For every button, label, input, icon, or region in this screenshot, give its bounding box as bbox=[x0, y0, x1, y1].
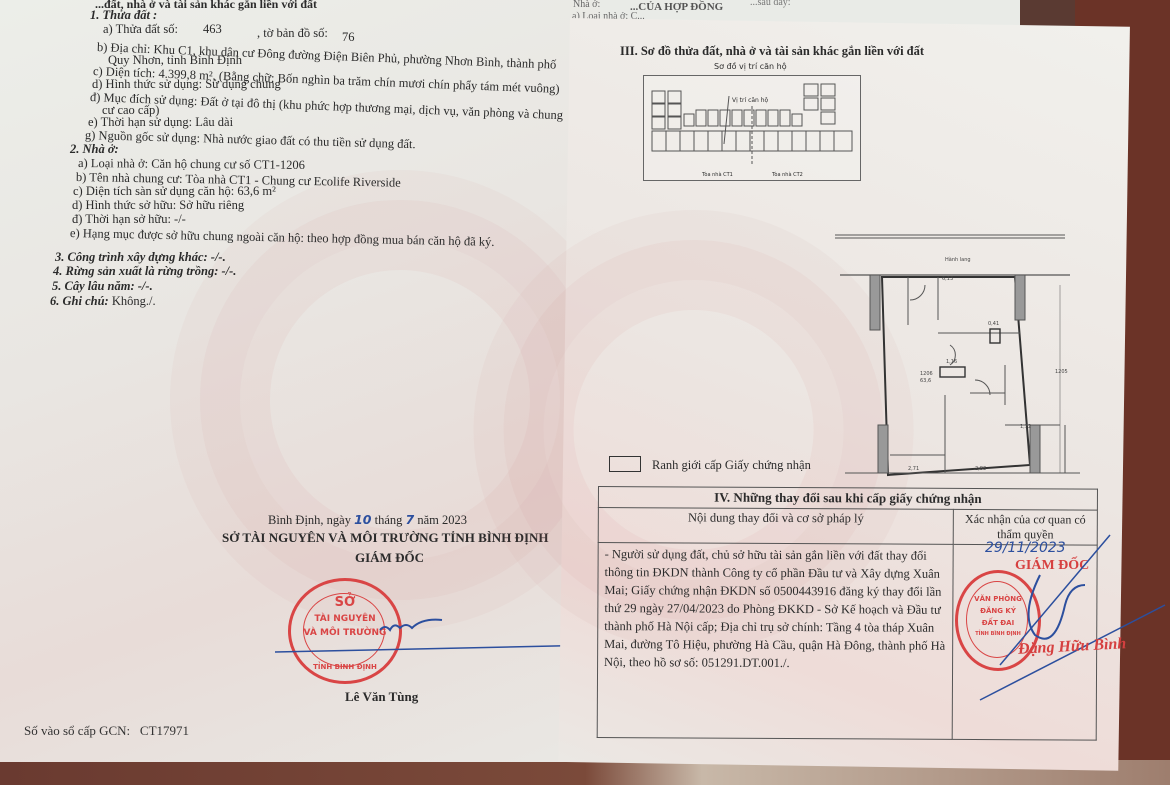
section4-title: IV. Những thay đổi sau khi cấp giấy chứn… bbox=[598, 487, 1097, 511]
signer-name: Lê Văn Tùng bbox=[345, 690, 418, 704]
usage-term: e) Thời hạn sử dụng: Lâu dài bbox=[88, 115, 233, 129]
section3-title: III. Sơ đồ thửa đất, nhà ở và tài sản kh… bbox=[620, 44, 924, 58]
map-sheet-label: , tờ bản đồ số: bbox=[257, 26, 328, 40]
note-value: Không./. bbox=[112, 294, 156, 308]
site-plan-label-ct2: Tòa nhà CT2 bbox=[772, 168, 803, 182]
section6-note: 6. Ghi chú: Không./. bbox=[50, 294, 156, 308]
col-header-content: Nội dung thay đổi và cơ sở pháp lý bbox=[598, 508, 953, 545]
place-date: Bình Định, ngày 10 tháng 7 năm 2023 bbox=[268, 513, 467, 527]
corridor-label: Hành lang bbox=[945, 256, 971, 263]
site-plan-marker: Vị trí căn hộ bbox=[732, 94, 768, 108]
unit-area-label: 63,6 bbox=[920, 378, 931, 384]
svg-text:2,71: 2,71 bbox=[908, 466, 919, 472]
section3-other-works: 3. Công trình xây dựng khác: -/-. bbox=[55, 250, 226, 264]
svg-text:1,16: 1,16 bbox=[946, 359, 957, 365]
section1-title: 1. Thửa đất : bbox=[90, 8, 157, 22]
boundary-legend-label: Ranh giới cấp Giấy chứng nhận bbox=[652, 458, 811, 472]
signature-le-van-tung bbox=[270, 600, 600, 660]
behind-sheet-note: ...sau đây: bbox=[750, 0, 791, 10]
site-plan-label-ct1: Tòa nhà CT1 bbox=[702, 168, 733, 182]
ownership-form: d) Hình thức sở hữu: Sở hữu riêng bbox=[72, 198, 244, 212]
svg-text:2,83: 2,83 bbox=[975, 466, 986, 472]
parcel-number-label: a) Thửa đất số: bbox=[103, 22, 178, 36]
note-label: 6. Ghi chú: bbox=[50, 294, 109, 308]
change-entry: - Người sử dụng đất, chủ sở hữu tài sản … bbox=[597, 543, 953, 740]
house-type: a) Loại nhà ở: Căn hộ chung cư số CT1-12… bbox=[78, 156, 305, 172]
section4-forest: 4. Rừng sản xuất là rừng trồng: -/-. bbox=[53, 264, 236, 278]
handwritten-month: 7 bbox=[406, 512, 415, 527]
ownership-term: đ) Thời hạn sở hữu: -/- bbox=[72, 212, 186, 226]
site-plan-drawing bbox=[644, 76, 860, 180]
section2-title: 2. Nhà ở: bbox=[70, 142, 119, 156]
site-plan-title: Sơ đồ vị trí căn hộ bbox=[714, 60, 787, 74]
svg-text:6,13: 6,13 bbox=[942, 276, 953, 282]
signer-position: GIÁM ĐỐC bbox=[355, 551, 424, 565]
neighbor-unit-label: 1205 bbox=[1055, 369, 1068, 375]
svg-text:1,12: 1,12 bbox=[1020, 424, 1031, 430]
land-origin: g) Nguồn gốc sử dụng: Nhà nước giao đất … bbox=[85, 128, 416, 151]
unit-number-label: 1206 bbox=[920, 371, 933, 377]
registry-number: Số vào sổ cấp GCN: CT17971 bbox=[24, 724, 189, 738]
issuing-agency: SỞ TÀI NGUYÊN VÀ MÔI TRƯỜNG TỈNH BÌNH ĐỊ… bbox=[222, 531, 549, 545]
boundary-legend-swatch bbox=[609, 456, 641, 472]
parcel-number-value: 463 bbox=[203, 22, 222, 36]
section5-perennial: 5. Cây lâu năm: -/-. bbox=[52, 279, 153, 293]
signature-dang-huu-binh bbox=[960, 530, 1170, 710]
handwritten-day: 10 bbox=[354, 512, 371, 527]
floor-area: c) Diện tích sàn sử dụng căn hộ: 63,6 m² bbox=[73, 184, 276, 198]
svg-text:0,41: 0,41 bbox=[988, 321, 999, 327]
site-plan-diagram: Vị trí căn hộ Tòa nhà CT1 Tòa nhà CT2 bbox=[643, 75, 861, 181]
map-sheet-value: 76 bbox=[342, 30, 355, 44]
apartment-floor-plan: Hành lang 1206 63,6 1205 6,13 0,41 1,16 … bbox=[830, 225, 1110, 480]
usage-form: d) Hình thức sử dụng: Sử dụng chung bbox=[92, 77, 281, 91]
